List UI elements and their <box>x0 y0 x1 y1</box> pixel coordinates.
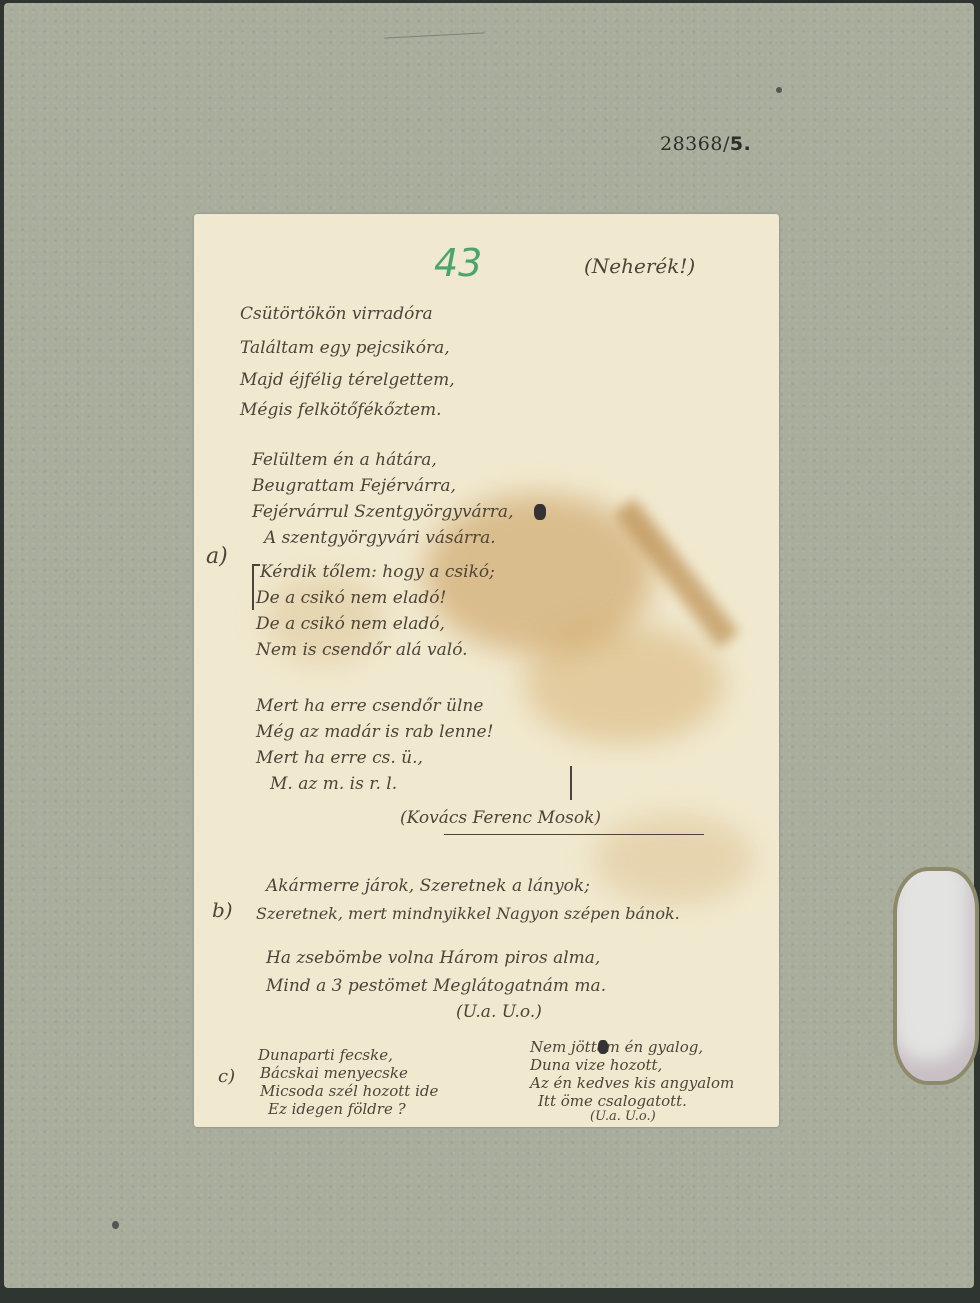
ink-blot <box>534 504 546 520</box>
verse-line: Ez idegen földre ? <box>268 1102 406 1117</box>
section-label-b: b) <box>212 898 233 922</box>
verse-line: Kérdik tőlem: hogy a csikó; <box>260 564 495 581</box>
verse-line: Mind a 3 pestömet Meglátogatnám ma. <box>266 978 606 995</box>
verse-line: Az én kedves kis angyalom <box>530 1076 734 1091</box>
verse-line: Ha zsebömbe volna Három piros alma, <box>266 950 600 967</box>
source-attribution: (U.a. U.o.) <box>590 1110 656 1123</box>
verse-line: Majd éjfélig térelgettem, <box>240 372 455 389</box>
verse-line: Csütörtökön virradóra <box>240 306 433 323</box>
verse-line: Itt öme csalogatott. <box>538 1094 687 1109</box>
verse-line: Nem is csendőr alá való. <box>256 642 468 659</box>
source-underline <box>444 834 704 835</box>
torn-patch <box>897 871 975 1081</box>
ink-dot <box>112 1221 119 1229</box>
ink-dot <box>776 87 782 93</box>
verse-line: Duna vize hozott, <box>530 1058 662 1073</box>
verse-line: Mert ha erre cs. ü., <box>256 750 423 767</box>
inventory-number-base: 28368/ <box>660 133 730 155</box>
ink-blot <box>598 1040 608 1054</box>
verse-line: Még az madár is rab lenne! <box>256 724 493 741</box>
verse-line: Bácskai menyecske <box>260 1066 408 1081</box>
pencil-mark <box>384 18 485 38</box>
verse-line: Nem jöttem én gyalog, <box>530 1040 703 1055</box>
verse-line: Mégis felkötőfékőztem. <box>240 402 442 419</box>
verse-line: M. az m. is r. l. <box>270 776 397 793</box>
section-label-a: a) <box>206 544 228 569</box>
water-stain <box>524 624 724 744</box>
manuscript-sheet: 43 (Neherék!) Csütörtökön virradóra Talá… <box>194 214 779 1127</box>
verse-line: De a csikó nem eladó, <box>256 616 445 633</box>
verse-line: Akármerre járok, Szeretnek a lányok; <box>266 878 590 895</box>
source-attribution: (Kovács Ferenc Mosok) <box>400 810 601 827</box>
section-label-c: c) <box>218 1066 235 1087</box>
verse-line: Felültem én a hátára, <box>252 452 437 469</box>
source-attribution: (U.a. U.o.) <box>456 1004 542 1021</box>
verse-line: Dunaparti fecske, <box>258 1048 393 1063</box>
verse-line: Találtam egy pejcsikóra, <box>240 340 450 357</box>
water-stain <box>594 814 754 904</box>
bracket <box>570 766 572 800</box>
verse-line: Mert ha erre csendőr ülne <box>256 698 483 715</box>
inventory-number-suffix: 5. <box>730 133 751 155</box>
verse-line: Micsoda szél hozott ide <box>260 1084 438 1099</box>
verse-line: A szentgyörgyvári vásárra. <box>264 530 496 547</box>
heading-note: (Neherék!) <box>584 256 695 276</box>
folio-number: 43 <box>434 244 482 282</box>
verse-line: Fejérvárrul Szentgyörgyvárra, <box>252 504 513 521</box>
verse-line: Szeretnek, mert mindnyikkel Nagyon szépe… <box>256 906 680 922</box>
inventory-number: 28368/5. <box>660 133 751 155</box>
verse-line: De a csikó nem eladó! <box>256 590 446 607</box>
verse-line: Beugrattam Fejérvárra, <box>252 478 456 495</box>
